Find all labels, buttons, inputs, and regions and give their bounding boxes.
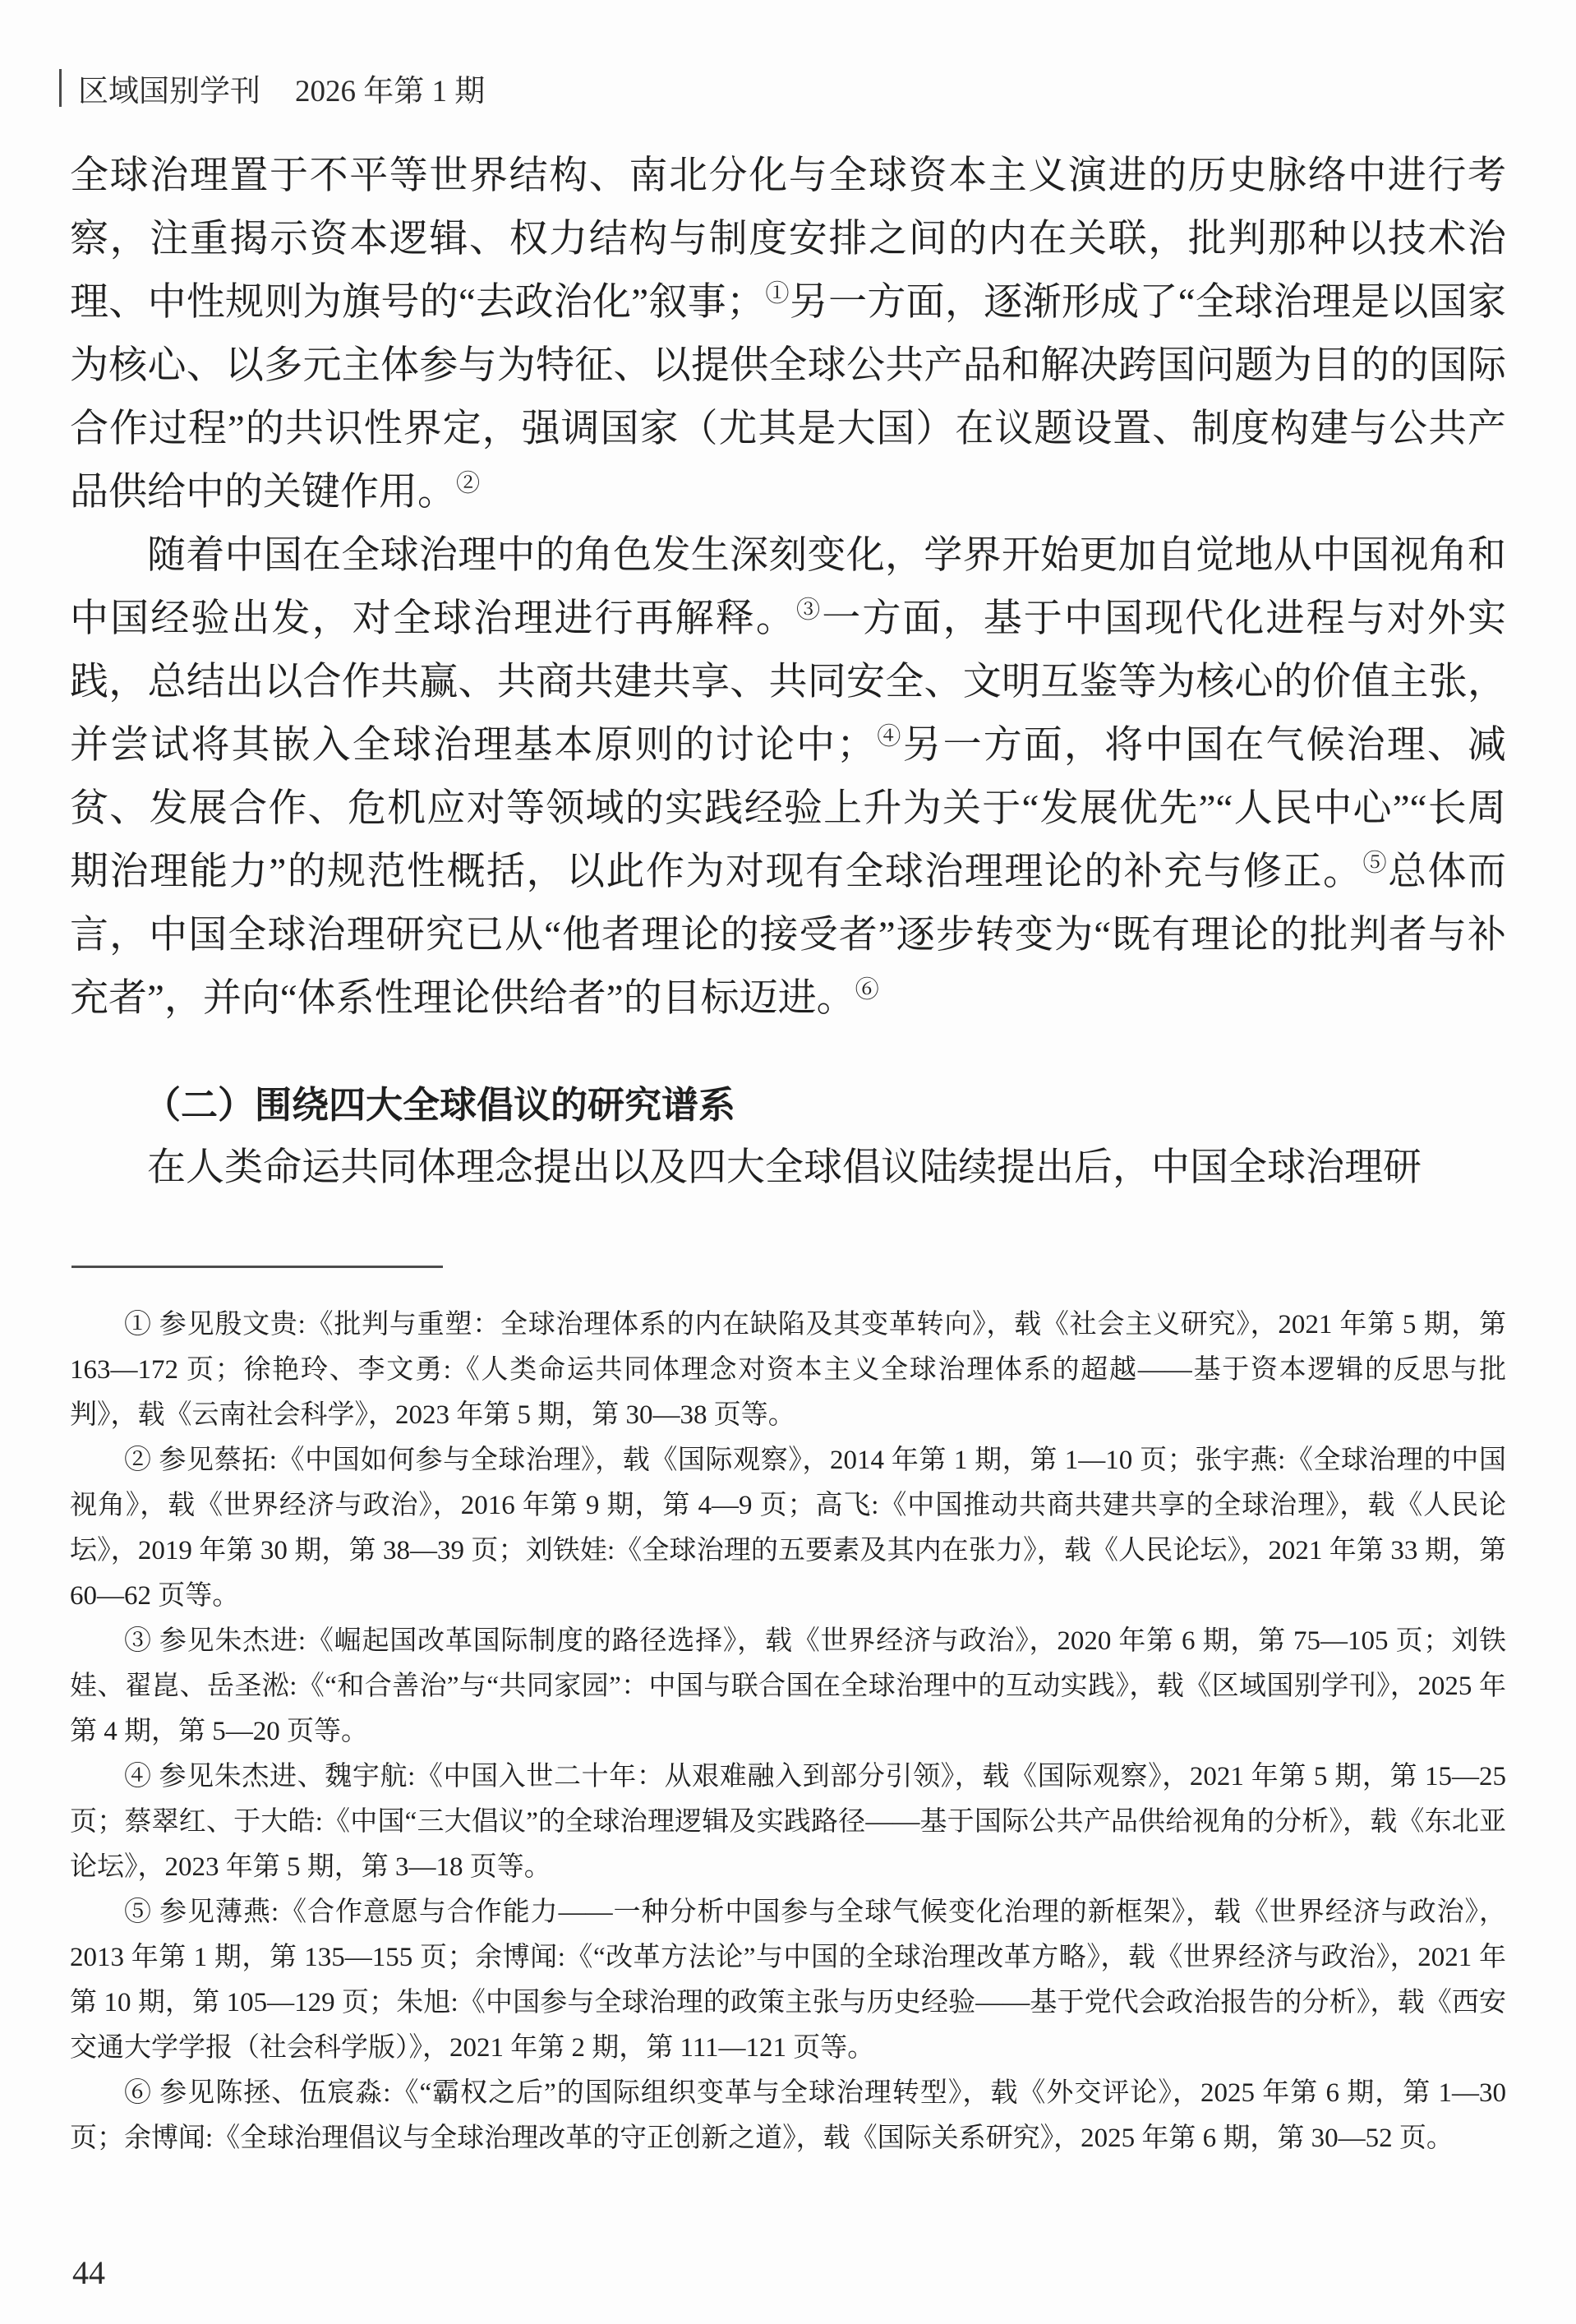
section-heading: （二）围绕四大全球倡议的研究谱系 [70,1073,1506,1137]
article-body: 全球治理置于不平等世界结构、南北分化与全球资本主义演进的历史脉络中进行考察，注重… [70,145,1506,1200]
issue-label: 2026 年第 1 期 [295,66,485,110]
running-head-rule [59,69,62,107]
body-paragraph-1: 全球治理置于不平等世界结构、南北分化与全球资本主义演进的历史脉络中进行考察，注重… [70,145,1506,524]
running-head: 区域国别学刊 2026 年第 1 期 [59,66,485,110]
footnote-divider [71,1266,443,1268]
body-paragraph-2: 随着中国在全球治理中的角色发生深刻变化，学界开始更加自觉地从中国视角和中国经验出… [70,524,1506,1031]
footnote-3: ③ 参见朱杰进:《崛起国改革国际制度的路径选择》，载《世界经济与政治》，2020… [70,1619,1506,1755]
footnote-1: ① 参见殷文贵:《批判与重塑：全球治理体系的内在缺陷及其变革转向》，载《社会主义… [70,1303,1506,1438]
page-number: 44 [72,2253,105,2292]
footnote-6: ⑥ 参见陈拯、伍宸淼:《“霸权之后”的国际组织变革与全球治理转型》，载《外交评论… [70,2071,1506,2161]
footnote-5: ⑤ 参见薄燕:《合作意愿与合作能力——一种分析中国参与全球气候变化治理的新框架》… [70,1890,1506,2071]
journal-title: 区域国别学刊 [78,66,260,110]
journal-page: 区域国别学刊 2026 年第 1 期 全球治理置于不平等世界结构、南北分化与全球… [0,0,1576,2324]
footnote-2: ② 参见蔡拓:《中国如何参与全球治理》，载《国际观察》，2014 年第 1 期，… [70,1438,1506,1619]
footnote-4: ④ 参见朱杰进、魏宇航:《中国入世二十年：从艰难融入到部分引领》，载《国际观察》… [70,1755,1506,1890]
footnotes-block: ① 参见殷文贵:《批判与重塑：全球治理体系的内在缺陷及其变革转向》，载《社会主义… [70,1303,1506,2161]
body-paragraph-3: 在人类命运共同体理念提出以及四大全球倡议陆续提出后，中国全球治理研 [70,1137,1506,1200]
